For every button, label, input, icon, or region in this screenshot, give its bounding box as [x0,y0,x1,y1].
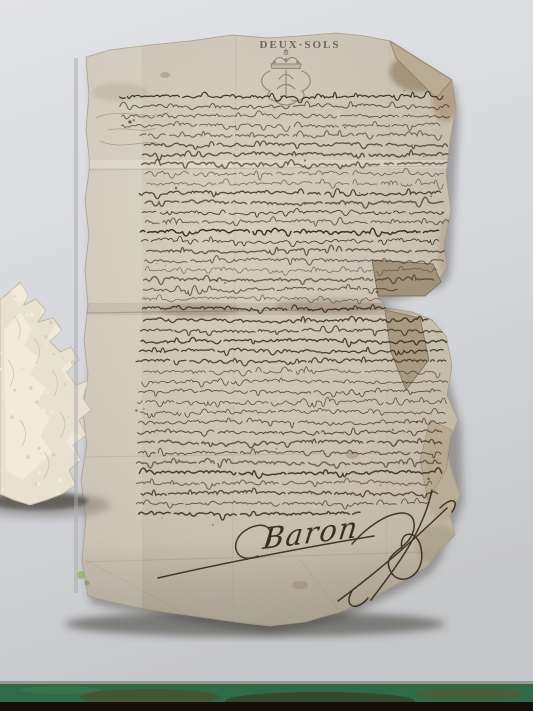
paper-left-edge-shadow [74,58,78,593]
photo-scene: DEUX·SOLS [0,0,533,711]
board-edge-line [0,681,533,684]
table-wood-dark [0,702,533,711]
photo-canvas: DEUX·SOLS [0,0,533,711]
stamp-text: DEUX·SOLS [260,39,341,51]
table-wear-patch [415,688,525,700]
table-edge [0,681,533,711]
table-highlight [20,686,100,694]
